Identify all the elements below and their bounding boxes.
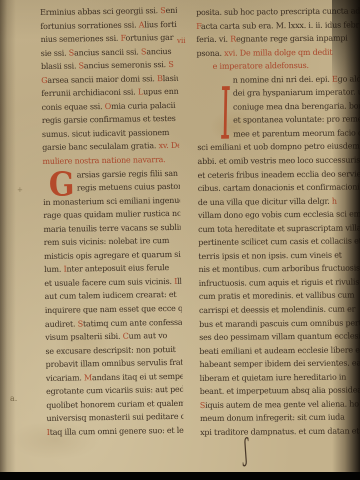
rubric-text: e imperatore aldefonsus. [213, 61, 309, 71]
ink-text: nter anteposuit eius ferule [66, 263, 169, 274]
ink-text: bus et marandi pascuis cum omnibus perti… [199, 318, 360, 329]
ink-text: taq illa cum omni genere suo: et le sub [50, 425, 184, 436]
ink-text: infructuosis. cum aquis et riguis et riv… [199, 277, 360, 288]
text-line: carrispi et deessis et molendinis. cum e… [199, 302, 360, 317]
ink-text: cum tota hereditate et suprascriptam vil… [198, 223, 360, 234]
text-line: villam dono ego vobis cum ecclesia sci e… [198, 208, 360, 223]
ink-text: acta carta sub era. M. lxxx. i. ii. idus… [201, 20, 359, 31]
ink-text: et usuale facere cum suis vicinis. [44, 277, 174, 288]
ink-text: lum. [44, 265, 64, 274]
ink-text: nius semeriones ssi. [40, 34, 120, 44]
text-line: posita. sub hoc pacto prescripta cuncta … [196, 4, 360, 19]
manuscript-photo: G Erminius abbas sci georgii ssi. Senior… [0, 0, 360, 480]
text-line: xpi traditore dampnatus. et cum datan et [200, 424, 360, 439]
ink-text: garsie banc seculalam gratia. [42, 142, 158, 153]
ink-text: ancius [146, 47, 171, 56]
ink-text: et ceteris fribus ineadem ecclia deo ser… [198, 169, 360, 180]
ink-text: probavit illam omnibus servulis fratribu… [46, 358, 183, 369]
ink-text: et spontanea voluntate: pro remedio anim… [233, 114, 360, 125]
descender-flourish: ʃ [244, 436, 248, 466]
gutter-numeral-note: vii [177, 38, 185, 45]
ink-text: habeant semper ibidem dei servientes. ea… [199, 359, 360, 370]
ink-text: ortunius gar [125, 33, 173, 43]
rubric-text: h [332, 196, 337, 205]
ink-text: liberam et quietam iure hereditario in [200, 372, 347, 382]
ink-text: coniuge mea dna berengaria. bono animo [233, 101, 360, 112]
ink-text: de una villa que dicitur villa delgr. [198, 196, 332, 206]
ink-text: audiret. [45, 319, 78, 329]
rubric-text: S [168, 60, 173, 69]
ink-text: n nomine dni nri dei. epi. [233, 74, 332, 84]
ink-text: ancius semeronis ssi. [84, 60, 169, 70]
red-initial-g: G [49, 169, 75, 202]
ink-text: terris ipsis et non ipsis. cum vineis et [198, 250, 341, 260]
text-line: habeant semper ibidem dei servientes. ea… [199, 357, 360, 372]
ink-text: blasii ssi. [41, 62, 79, 72]
ink-text: maria tenuilis terre vacans se sublimio [43, 222, 180, 233]
ink-text: psona. [196, 48, 224, 57]
ink-text: sie ssi. [41, 48, 69, 57]
ink-text: posita. sub hoc pacto prescripta cuncta … [196, 6, 360, 17]
parchment-page: G Erminius abbas sci georgii ssi. Senior… [0, 0, 360, 472]
ink-text: aut cum talem iudicem crearat: et [44, 290, 176, 301]
ink-text: egrotante cum vicariis suis: aut pedita [46, 385, 183, 396]
ink-text: villam dono ego vobis cum ecclesia sci e… [198, 210, 360, 221]
ink-text: egnante rege garsia inpampi [236, 34, 348, 44]
ink-text: arsea sancii maior domi ssi. [47, 74, 157, 85]
rubric-text: xvi. De milla dolge qm dedit [224, 47, 332, 57]
ink-text: rage quas quidam mulier rustica noie [43, 209, 180, 220]
ink-text: inquirere que nam esset que ecce qd [45, 304, 182, 315]
ink-text: cum pratis et moredinis. et vallibus cum [199, 291, 355, 301]
ink-text: mia curia palacii [111, 101, 175, 111]
margin-letter-mark: a. [10, 395, 17, 402]
text-line: pertinente scilicet cum casis et collaci… [198, 235, 360, 250]
ink-text: se excusare descripsit: non potuit [45, 345, 175, 356]
ink-text: beant. et imperpetuum absq alia possidea… [200, 386, 360, 397]
ink-text: dei gra hyspaniarum imperator. una cum [233, 87, 360, 98]
ink-text: go aldefon [338, 74, 360, 83]
right-text-column: I posita. sub hoc pacto prescripta cunct… [196, 4, 360, 439]
ink-text: abbi. et omib vestris meo loco successur… [197, 155, 360, 166]
ink-text: um aut vo [129, 331, 168, 341]
ink-text: andans itaq ei ut semper [92, 371, 183, 382]
ink-text: lius forti [144, 19, 176, 29]
ink-text: ancius sancii ssi. [74, 47, 141, 57]
ink-text: universisq monasterii sui peditare debui… [46, 412, 183, 423]
text-line: cibus. cartam donacionis et confirmacion… [198, 180, 360, 195]
ink-text: Erminius abbas sci georgii ssi. [40, 6, 160, 17]
text-line: Itaq illa cum omni genere suo: et le sub [47, 424, 184, 440]
margin-cross-mark: + [17, 187, 23, 194]
ink-text: regis metuens cuius pastor erat [77, 182, 180, 193]
rubric-text: xv. De [158, 141, 179, 150]
ink-text: xpi traditore dampnatus. et cum datan et [200, 426, 359, 437]
ink-text: cibus. cartam donacionis et confirmacion… [198, 183, 360, 194]
ink-text: ferrunii archidiaconi ssi. [41, 88, 138, 99]
text-line: feria. vi. Regnante rege garsia inpampi [196, 31, 360, 46]
text-line: nis et montibus. cum arboribus fructuosi… [198, 262, 360, 277]
ink-text: fortunius sorrationes ssi. [40, 20, 139, 31]
ink-text: carrispi et deessis et molendinis. cum e… [199, 305, 355, 316]
ink-text: visum psalterii sibi. [45, 332, 123, 342]
photo-bottom-border [0, 472, 360, 480]
left-text-column: G Erminius abbas sci georgii ssi. Senior… [40, 4, 184, 440]
ink-text: conis equae ssi. [42, 102, 105, 112]
ink-text: upus enne [143, 87, 178, 97]
ink-text: lla [177, 277, 181, 286]
ink-text: nis et montibus. cum arboribus fructuosi… [198, 264, 360, 275]
rubric-text: muliere nostra natione navarra. [42, 155, 165, 166]
ink-text: beati emiliani et audeam ecclesie libere… [199, 345, 360, 356]
ink-text: meum donum infregerit: sit cum iuda [200, 413, 345, 423]
text-line: ses deo pessimam villam quantum ecclesia [199, 329, 360, 344]
ink-text: feria. vi. [196, 35, 230, 44]
ink-text: rem suis vicinis: nolebat ire cum [44, 236, 170, 247]
ink-text: pertinente scilicet cum casis et collaci… [198, 237, 360, 248]
ink-text: lasius [163, 73, 179, 82]
ink-text: regis garsie confirmamus et testes [42, 114, 176, 125]
ink-text: misticis opis agregare et quarum si [44, 250, 181, 261]
ink-text: tatimq cum ante confessa [83, 317, 182, 328]
ink-text: sumus. sicut iudicavit passionem [42, 128, 169, 139]
ink-text: arsias garsie regis filii san [77, 168, 178, 179]
ink-text: ses deo pessimam villam quantum ecclesia [199, 332, 360, 343]
ink-text: quolibet honorem curiam et qualem ei [46, 398, 183, 409]
ink-text: enior [165, 6, 177, 15]
ink-text: iquis autem de mea gente vel aliena. ho [205, 399, 359, 409]
text-line: beant. et imperpetuum absq alia possidea… [200, 384, 360, 399]
red-initial-i: I [219, 78, 231, 150]
ink-text: vicariam. [46, 373, 84, 383]
ink-text: mee et parentum meorum facio deo et sce [233, 128, 360, 139]
